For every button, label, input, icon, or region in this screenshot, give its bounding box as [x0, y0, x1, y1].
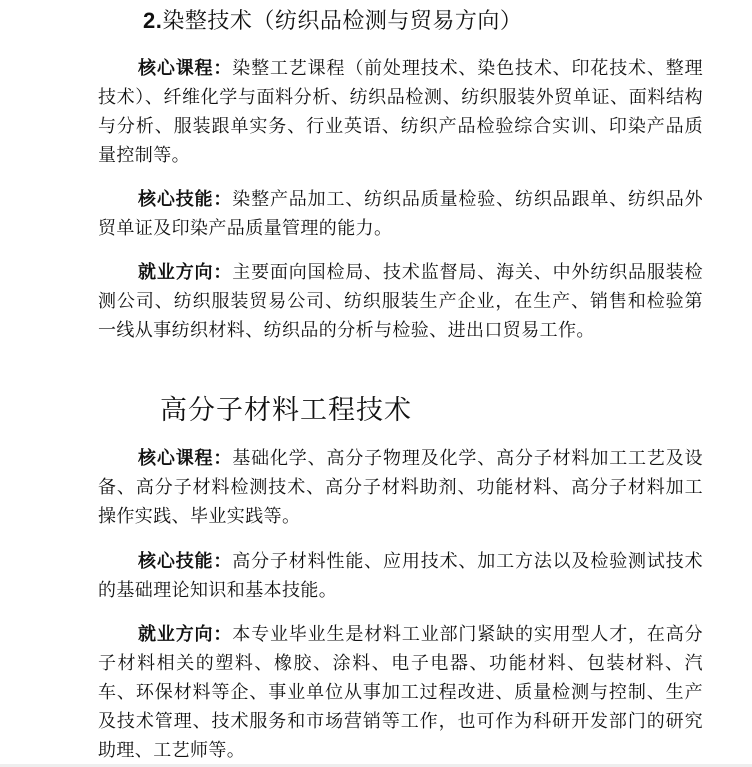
paragraph-employment-polymer: 就业方向：本专业毕业生是材料工业部门紧缺的实用型人才，在高分子材料相关的塑料、橡…: [98, 620, 703, 765]
paragraph-core-skills-textile: 核心技能：染整产品加工、纺织品质量检验、纺织品跟单、纺织品外贸单证及印染产品质量…: [98, 185, 703, 243]
section-number: 2.: [143, 8, 162, 33]
document-page: 2.染整技术（纺织品检测与贸易方向） 核心课程：染整工艺课程（前处理技术、染色技…: [0, 0, 752, 764]
label-core-skills: 核心技能：: [138, 551, 232, 572]
section-heading-polymer: 高分子材料工程技术: [160, 393, 412, 429]
label-employment: 就业方向：: [138, 262, 232, 283]
paragraph-core-skills-polymer: 核心技能：高分子材料性能、应用技术、加工方法以及检验测试技术的基础理论知识和基本…: [98, 547, 703, 605]
label-core-courses: 核心课程：: [138, 448, 232, 469]
paragraph-employment-textile: 就业方向：主要面向国检局、技术监督局、海关、中外纺织品服装检测公司、纺织服装贸易…: [98, 258, 703, 345]
label-core-skills: 核心技能：: [138, 189, 232, 210]
section-heading-textile: 2.染整技术（纺织品检测与贸易方向）: [143, 6, 522, 37]
paragraph-core-courses-polymer: 核心课程：基础化学、高分子物理及化学、高分子材料加工工艺及设备、高分子材料检测技…: [98, 444, 703, 531]
label-employment: 就业方向：: [138, 624, 232, 645]
section-title: 染整技术（纺织品检测与贸易方向）: [162, 9, 522, 34]
paragraph-core-courses-textile: 核心课程：染整工艺课程（前处理技术、染色技术、印花技术、整理技术）、纤维化学与面…: [98, 54, 703, 170]
label-core-courses: 核心课程：: [138, 58, 232, 79]
